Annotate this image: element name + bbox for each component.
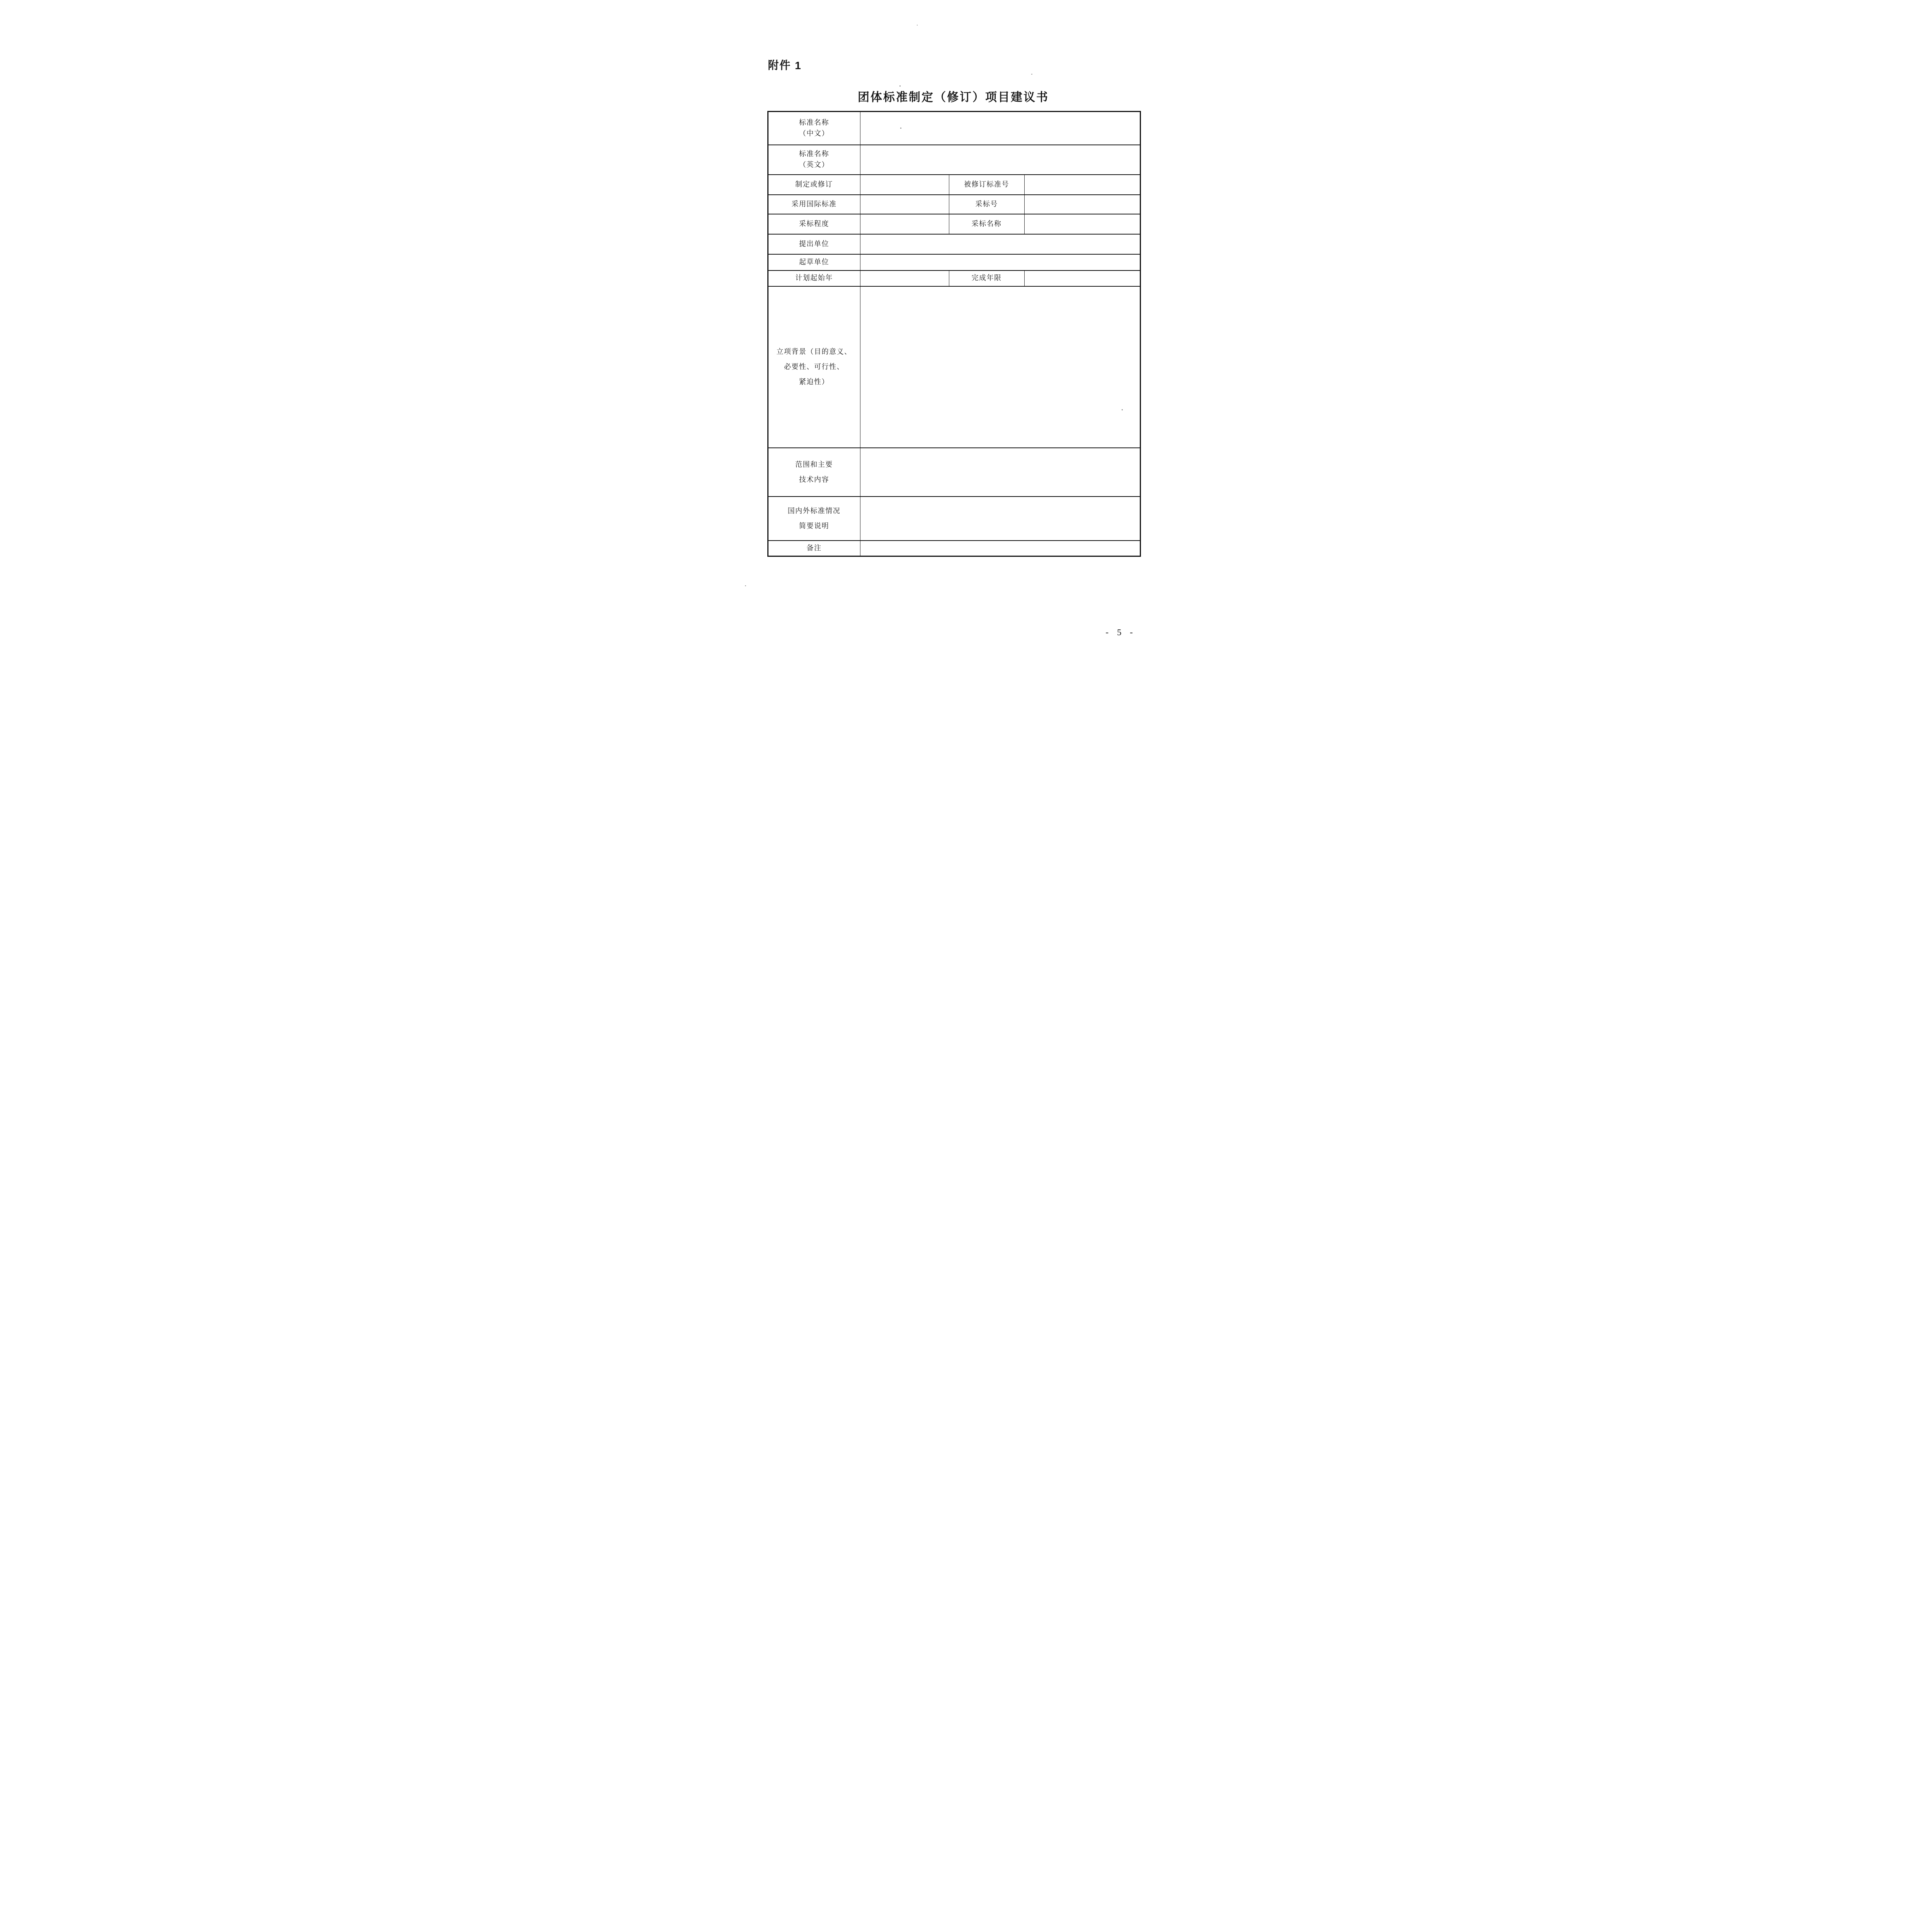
table-row: 范围和主要 技术内容 <box>768 448 1140 497</box>
label-drafting-unit: 起草单位 <box>768 254 860 270</box>
scan-speck <box>1031 74 1032 75</box>
label-remarks: 备注 <box>768 541 860 556</box>
value-domestic-foreign-standards-brief <box>860 497 1140 541</box>
label-revised-standard-no: 被修订标准号 <box>949 175 1024 195</box>
label-project-background: 立项背景（目的意义、 必要性、可行性、 紧迫性） <box>768 286 860 448</box>
table-row: 采用国际标准 采标号 <box>768 195 1140 214</box>
value-scope-main-technical-content <box>860 448 1140 497</box>
label-standard-name-en: 标准名称 （英文） <box>768 145 860 175</box>
scan-speck <box>745 585 746 586</box>
table-row: 立项背景（目的意义、 必要性、可行性、 紧迫性） <box>768 286 1140 448</box>
value-adoption-no <box>1024 195 1140 214</box>
value-standard-name-en <box>860 145 1140 175</box>
label-develop-or-revise: 制定或修订 <box>768 175 860 195</box>
value-revised-standard-no <box>1024 175 1140 195</box>
label-completion-deadline: 完成年限 <box>949 270 1024 286</box>
table-row: 备注 <box>768 541 1140 556</box>
label-domestic-foreign-standards-brief: 国内外标准情况 简要说明 <box>768 497 860 541</box>
scanned-document-page: 附件 1 团体标准制定（修订）项目建议书 标准名称 （中文） 标准名称 （英文）… <box>719 0 1198 678</box>
value-standard-name-cn <box>860 112 1140 145</box>
label-planned-start-year: 计划起始年 <box>768 270 860 286</box>
scan-speck <box>900 128 901 129</box>
value-proposing-unit <box>860 234 1140 254</box>
label-adopt-international-standard: 采用国际标准 <box>768 195 860 214</box>
table-row: 国内外标准情况 简要说明 <box>768 497 1140 541</box>
label-adoption-degree: 采标程度 <box>768 214 860 234</box>
label-standard-name-cn: 标准名称 （中文） <box>768 112 860 145</box>
value-develop-or-revise <box>860 175 949 195</box>
value-remarks <box>860 541 1140 556</box>
table-row: 采标程度 采标名称 <box>768 214 1140 234</box>
value-project-background <box>860 286 1140 448</box>
value-completion-deadline <box>1024 270 1140 286</box>
scan-speck <box>1122 409 1123 410</box>
proposal-form-table: 标准名称 （中文） 标准名称 （英文） 制定或修订 被修订标准号 采用国际标准 … <box>767 111 1141 557</box>
page-title: 团体标准制定（修订）项目建议书 <box>767 87 1140 104</box>
page-number: - 5 - <box>1106 628 1134 638</box>
table-row: 提出单位 <box>768 234 1140 254</box>
scan-speck <box>917 25 918 26</box>
value-adopt-international-standard <box>860 195 949 214</box>
scan-speck <box>899 85 901 87</box>
label-adoption-no: 采标号 <box>949 195 1024 214</box>
value-adoption-degree <box>860 214 949 234</box>
table-row: 标准名称 （英文） <box>768 145 1140 175</box>
table-row: 计划起始年 完成年限 <box>768 270 1140 286</box>
label-scope-main-technical-content: 范围和主要 技术内容 <box>768 448 860 497</box>
table-row: 制定或修订 被修订标准号 <box>768 175 1140 195</box>
value-adoption-name <box>1024 214 1140 234</box>
table-row: 标准名称 （中文） <box>768 112 1140 145</box>
value-planned-start-year <box>860 270 949 286</box>
label-adoption-name: 采标名称 <box>949 214 1024 234</box>
attachment-label: 附件 1 <box>768 57 802 73</box>
value-drafting-unit <box>860 254 1140 270</box>
label-proposing-unit: 提出单位 <box>768 234 860 254</box>
table-row: 起草单位 <box>768 254 1140 270</box>
